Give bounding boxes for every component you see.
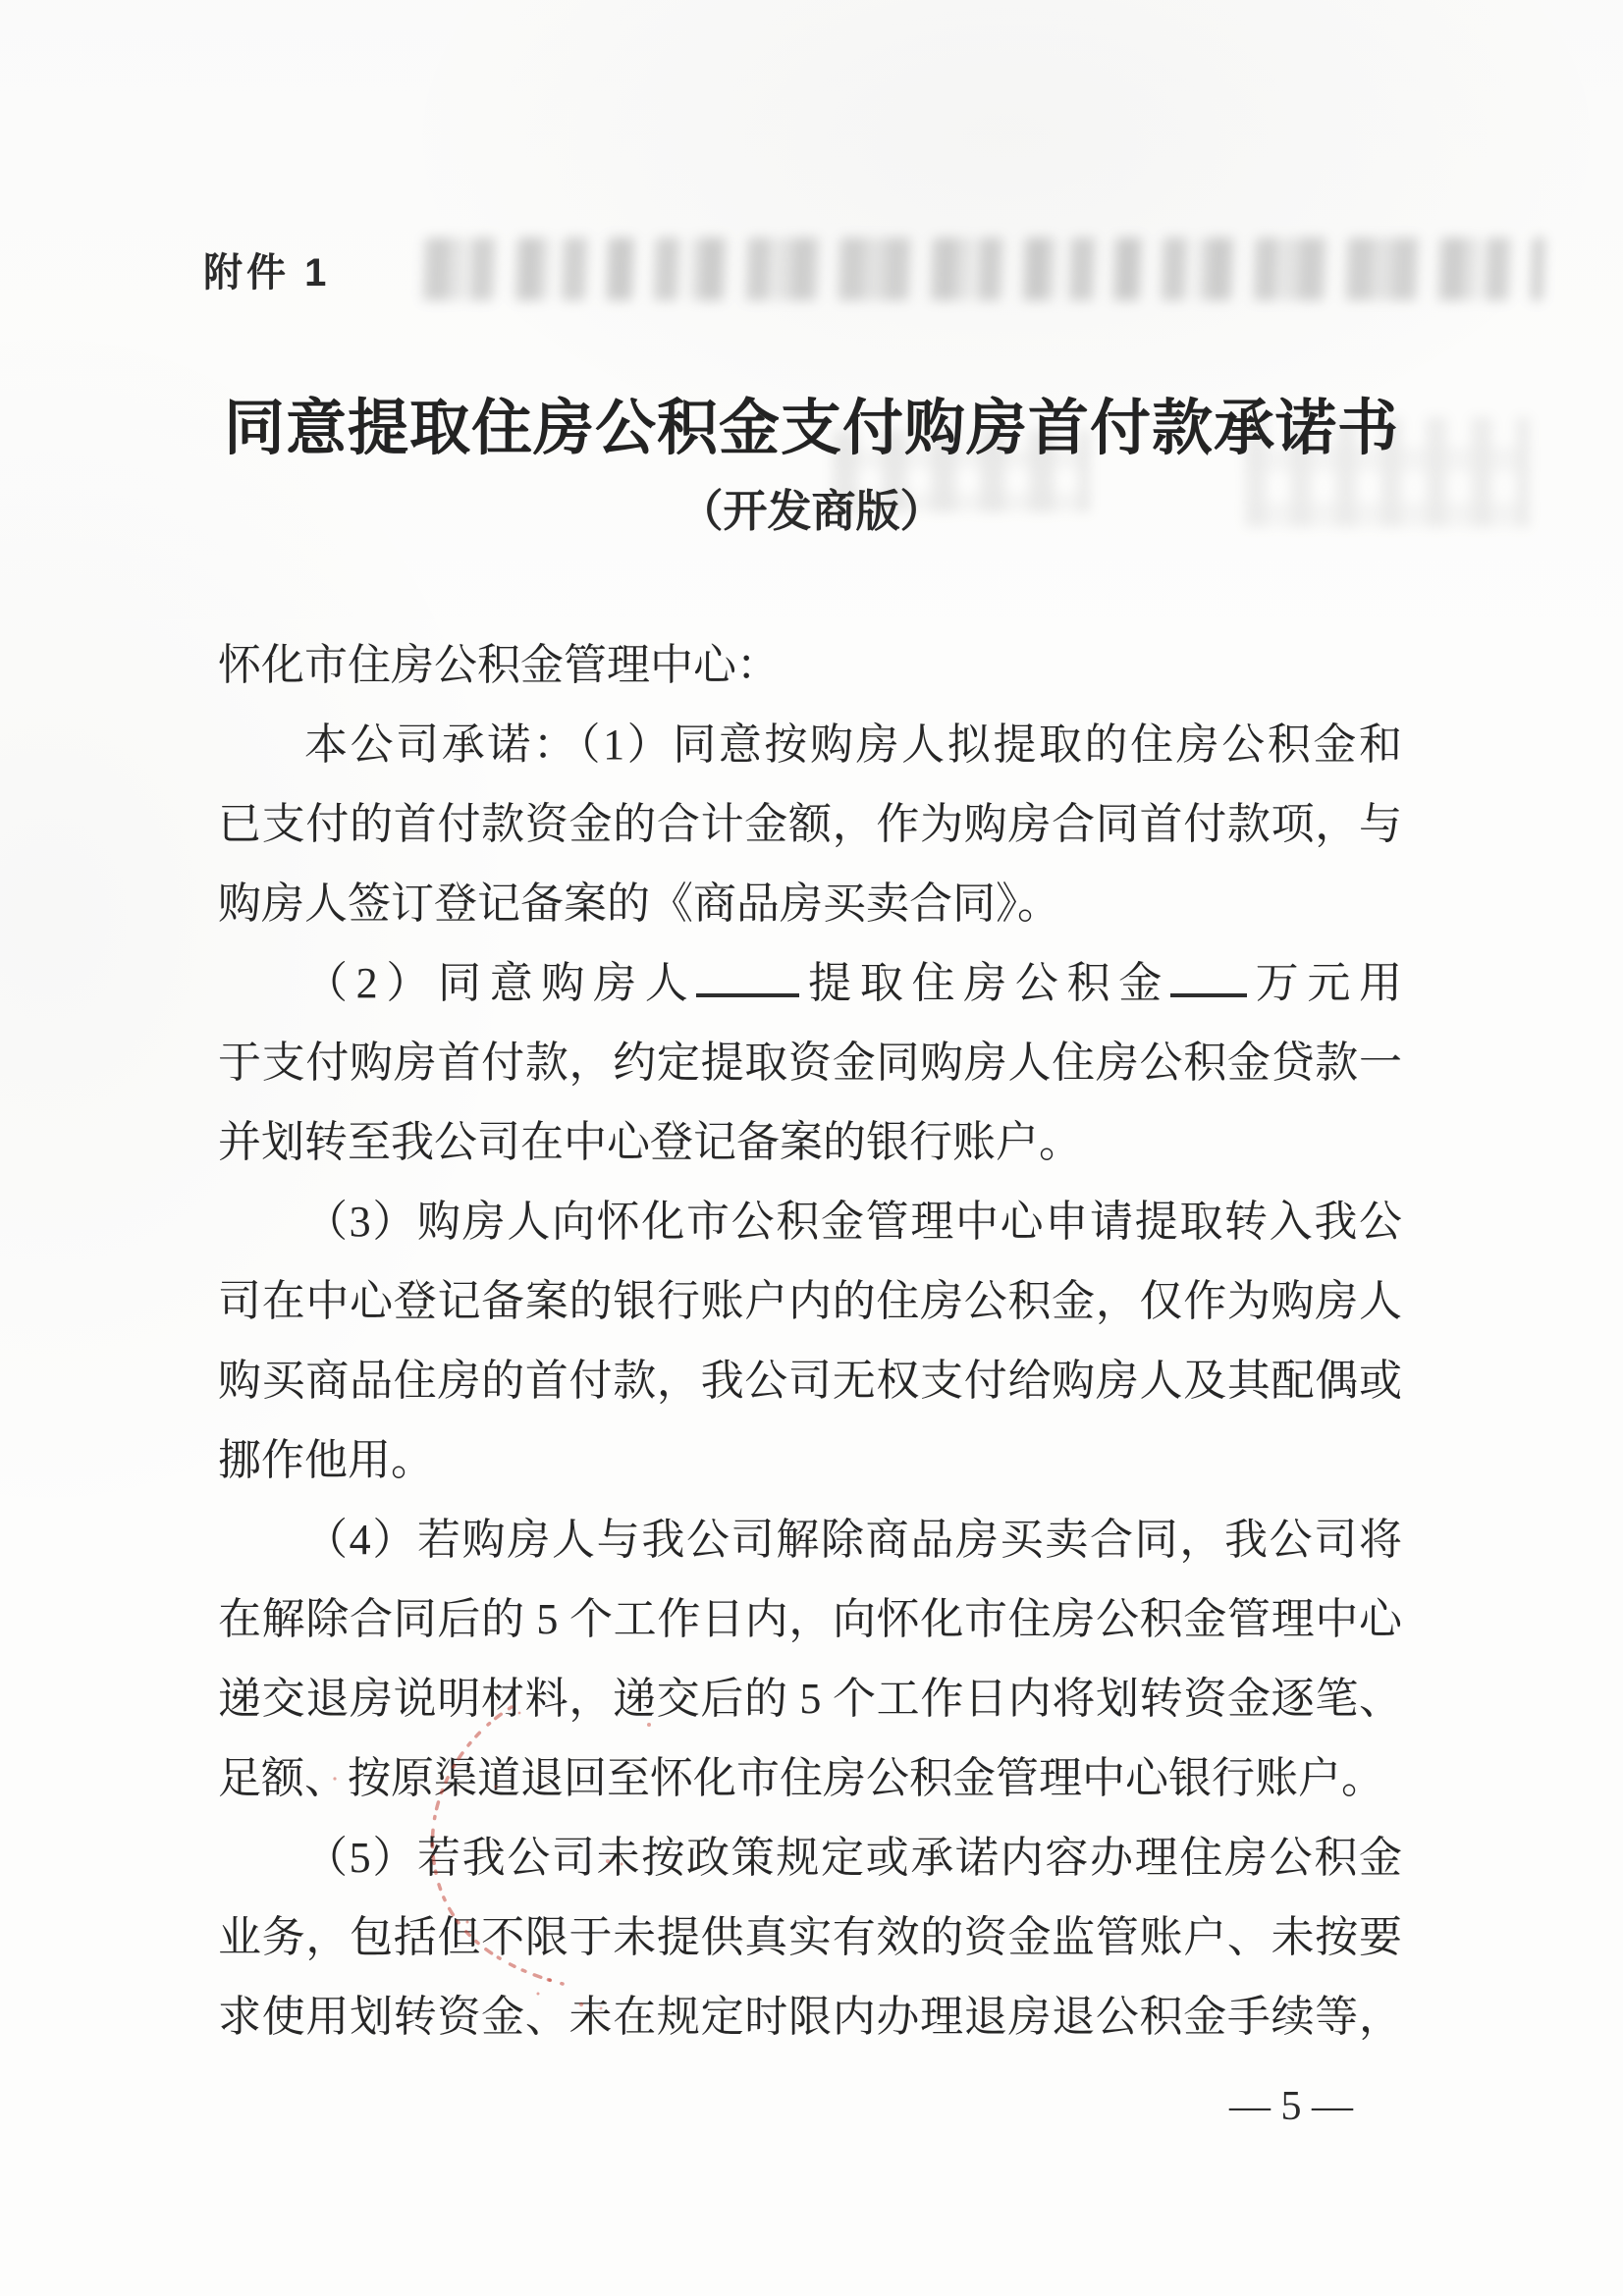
bleed-through-ghost-text [423,238,1544,300]
body-line: 购买商品住房的首付款，我公司无权支付给购房人及其配偶或 [218,1341,1402,1420]
salutation-line: 怀化市住房公积金管理中心： [218,625,1402,705]
document-title: 同意提取住房公积金支付购房首付款承诺书 [0,379,1623,466]
page-number: — 5 — [1229,2083,1353,2130]
body-line: 并划转至我公司在中心登记备案的银行账户。 [218,1102,1402,1182]
body-line: 在解除合同后的 5 个工作日内，向怀化市住房公积金管理中心 [218,1579,1402,1659]
attachment-label: 附件 1 [203,241,330,297]
fill-in-blank-buyer-name [696,957,799,997]
body-line: 于支付购房首付款，约定提取资金同购房人住房公积金贷款一 [218,1023,1402,1102]
scanned-document-page: 附件 1 同意提取住房公积金支付购房首付款承诺书 （开发商版） 怀化市住房公积金… [0,0,1623,2296]
body-line: 已支付的首付款资金的合计金额，作为购房合同首付款项，与 [218,784,1402,864]
body-line: （4）若购房人与我公司解除商品房买卖合同，我公司将 [218,1500,1402,1579]
body-line: 递交退房说明材料，递交后的 5 个工作日内将划转资金逐笔、 [218,1659,1402,1738]
blank-line-text: 万元用 [1247,959,1402,1007]
blank-line-text: 提取住房公积金 [799,959,1169,1007]
body-line: 司在中心登记备案的银行账户内的住房公积金，仅作为购房人 [218,1261,1402,1341]
body-line-with-blanks: （2）同意购房人提取住房公积金万元用 [218,943,1402,1023]
fill-in-blank-amount [1170,957,1247,997]
blank-line-text: （2）同意购房人 [304,959,696,1007]
body-line: （5）若我公司未按政策规定或承诺内容办理住房公积金 [218,1818,1402,1897]
body-line: 挪作他用。 [218,1420,1402,1500]
document-subtitle: （开发商版） [0,475,1623,539]
body-line: （3）购房人向怀化市公积金管理中心申请提取转入我公 [218,1182,1402,1261]
body-line: 求使用划转资金、未在规定时限内办理退房退公积金手续等， [218,1977,1402,2056]
body-line: 业务，包括但不限于未提供真实有效的资金监管账户、未按要 [218,1897,1402,1977]
body-line: 本公司承诺：（1）同意按购房人拟提取的住房公积金和 [218,705,1402,784]
document-body: 怀化市住房公积金管理中心： 本公司承诺：（1）同意按购房人拟提取的住房公积金和 … [218,625,1402,2056]
body-line: 购房人签订登记备案的《商品房买卖合同》。 [218,864,1402,943]
body-line: 足额、按原渠道退回至怀化市住房公积金管理中心银行账户。 [218,1738,1402,1818]
